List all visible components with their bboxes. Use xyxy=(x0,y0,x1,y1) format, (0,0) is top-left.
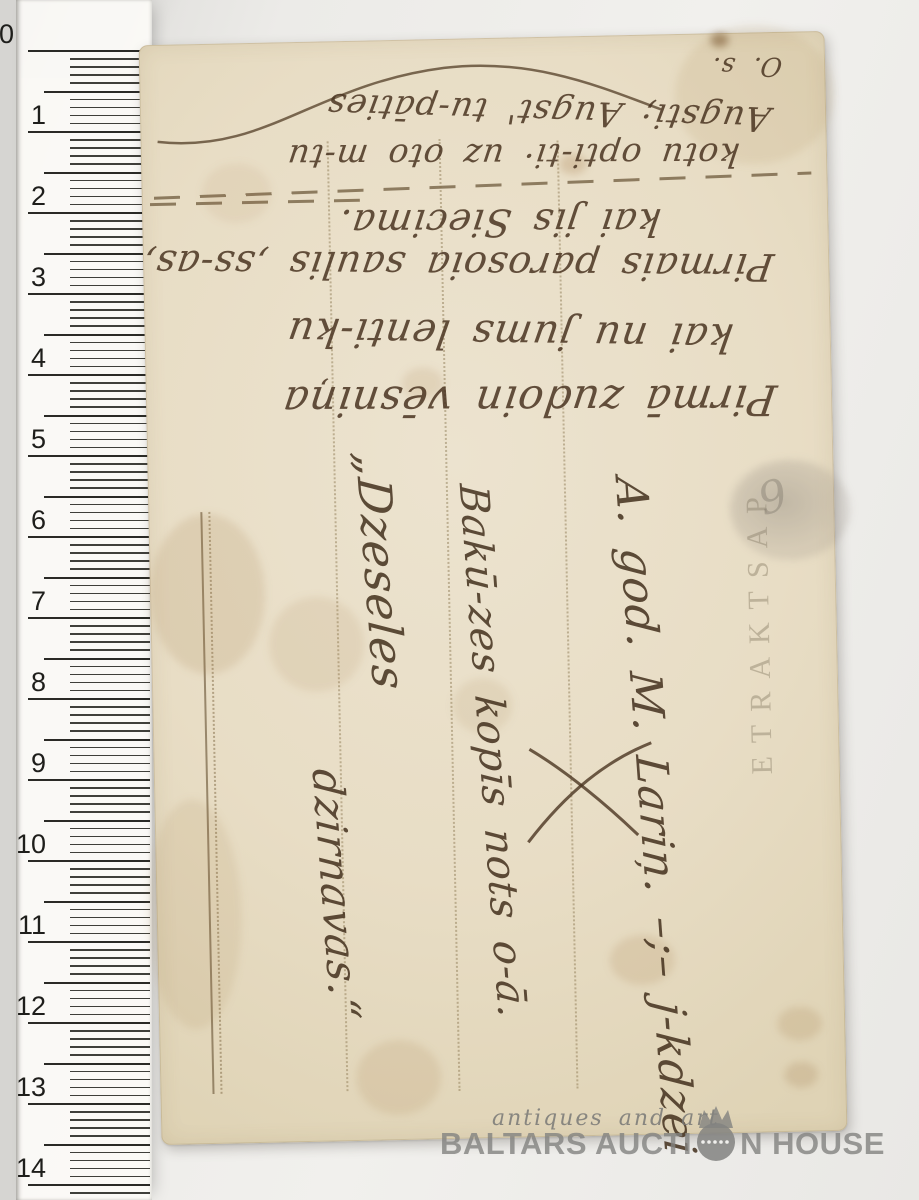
ruler-mm-tick xyxy=(70,706,150,708)
ruler-mm-tick xyxy=(70,1006,150,1008)
ruler-number-label: 1 xyxy=(0,102,46,129)
ruler-mm-tick xyxy=(70,155,150,157)
ruler-mm-tick xyxy=(70,220,150,222)
ruler-mm-tick xyxy=(70,933,150,935)
ruler-mm-tick xyxy=(70,925,150,927)
ruler-mm-tick xyxy=(70,261,150,263)
crown-circle-logo-icon xyxy=(695,1104,737,1162)
ruler-number-label: 13 xyxy=(0,1074,46,1101)
ruler-number-label: 6 xyxy=(0,507,46,534)
ruler-mm-tick xyxy=(70,755,150,757)
ruler-half-cm-tick xyxy=(44,1144,150,1146)
ruler-mm-tick xyxy=(70,803,150,805)
ruler-mm-tick xyxy=(70,342,150,344)
ruler-mm-tick xyxy=(70,690,150,692)
ruler-mm-tick xyxy=(70,828,150,830)
ruler-mm-tick xyxy=(70,398,150,400)
ruler-mm-tick xyxy=(70,1095,150,1097)
ruler-mm-tick xyxy=(70,1160,150,1162)
handwritten-line-inverted: Pirmā zudoin vēsniņa xyxy=(143,376,780,427)
ruler-cm-tick xyxy=(28,941,150,943)
ruler-mm-tick xyxy=(70,309,150,311)
ruler-half-cm-tick xyxy=(44,253,150,255)
ruler-cm-tick xyxy=(28,455,150,457)
ruler-mm-tick xyxy=(70,1168,150,1170)
ruler-mm-tick xyxy=(70,204,150,206)
ruler-number-label: 9 xyxy=(0,750,46,777)
ruler-mm-tick xyxy=(70,317,150,319)
ruler-mm-tick xyxy=(70,196,150,198)
ruler-mm-tick xyxy=(70,973,150,975)
ruler-mm-tick xyxy=(70,998,150,1000)
ruler-mm-tick xyxy=(70,236,150,238)
ruler-mm-tick xyxy=(70,244,150,246)
ruler-mm-tick xyxy=(70,504,150,506)
ruler-mm-tick xyxy=(70,965,150,967)
ruler-number-label: 4 xyxy=(0,345,46,372)
ruler-mm-tick xyxy=(70,123,150,125)
ruler-mm-tick xyxy=(70,787,150,789)
ruler-mm-tick xyxy=(70,1119,150,1121)
ruler-mm-tick xyxy=(70,512,150,514)
ruler-mm-tick xyxy=(70,325,150,327)
ruler-number-label: 10 xyxy=(0,831,46,858)
ruler-mm-tick xyxy=(70,560,150,562)
ruler-half-cm-tick xyxy=(44,172,150,174)
ruler-mm-tick xyxy=(70,147,150,149)
ruler-half-cm-tick xyxy=(44,334,150,336)
ruler-half-cm-tick xyxy=(44,91,150,93)
ruler-mm-tick xyxy=(70,439,150,441)
ruler-mm-tick xyxy=(70,463,150,465)
ruler-mm-tick xyxy=(70,649,150,651)
ruler-half-cm-tick xyxy=(44,577,150,579)
ruler-cm-tick xyxy=(28,1103,150,1105)
ruler-mm-tick xyxy=(70,1054,150,1056)
ruler-cm-tick xyxy=(28,50,150,52)
ruler-mm-tick xyxy=(70,277,150,279)
ruler-mm-tick xyxy=(70,568,150,570)
ruler-mm-tick xyxy=(70,431,150,433)
ruler-cm-tick xyxy=(28,536,150,538)
ruler-mm-tick xyxy=(70,730,150,732)
paper-stain xyxy=(784,1061,819,1088)
ruler-number-label: 5 xyxy=(0,426,46,453)
ruler-mm-tick xyxy=(70,350,150,352)
ruler-mm-tick xyxy=(70,1135,150,1137)
centimeter-ruler: 01234567891011121314 xyxy=(0,0,152,1200)
ruler-mm-tick xyxy=(70,544,150,546)
ruler-mm-tick xyxy=(70,423,150,425)
ruler-mm-tick xyxy=(70,447,150,449)
ruler-cm-tick xyxy=(28,374,150,376)
ruler-mm-tick xyxy=(70,852,150,854)
ruler-mm-tick xyxy=(70,909,150,911)
ruler-half-cm-tick xyxy=(44,496,150,498)
ruler-mm-tick xyxy=(70,593,150,595)
ruler-half-cm-tick xyxy=(44,820,150,822)
ruler-mm-tick xyxy=(70,763,150,765)
ruler-mm-tick xyxy=(70,390,150,392)
ruler-mm-tick xyxy=(70,358,150,360)
ruler-mm-tick xyxy=(70,641,150,643)
ruler-mm-tick xyxy=(70,795,150,797)
ruler-mm-tick xyxy=(70,722,150,724)
ruler-mm-tick xyxy=(70,1087,150,1089)
ruler-mm-tick xyxy=(70,633,150,635)
handwritten-line-inverted: kai nu jums lenti-ku xyxy=(189,307,736,360)
ruler-mm-tick xyxy=(70,139,150,141)
ruler-mm-tick xyxy=(70,82,150,84)
ruler-cm-tick xyxy=(28,131,150,133)
ruler-mm-tick xyxy=(70,107,150,109)
ruler-mm-tick xyxy=(70,666,150,668)
ruler-mm-tick xyxy=(70,1176,150,1178)
ruler-mm-tick xyxy=(70,1014,150,1016)
ruler-mm-tick xyxy=(70,884,150,886)
ruler-half-cm-tick xyxy=(44,415,150,417)
handwritten-line-inverted: O. s. xyxy=(660,51,784,81)
ruler-mm-tick xyxy=(70,609,150,611)
paper-stain xyxy=(777,1006,823,1041)
ruler-mm-tick xyxy=(70,1111,150,1113)
ruler-mm-tick xyxy=(70,520,150,522)
ruler-mm-tick xyxy=(70,844,150,846)
watermark-brand-prefix: BALTARS AUCTI xyxy=(440,1128,692,1162)
ruler-mm-tick xyxy=(70,747,150,749)
handwritten-line-inverted: kotu opti-ti· uz oto m-tu xyxy=(176,136,741,177)
ruler-mm-tick xyxy=(70,836,150,838)
ruler-mm-tick xyxy=(70,990,150,992)
ruler-mm-tick xyxy=(70,892,150,894)
ruler-mm-tick xyxy=(70,180,150,182)
ruler-number-label: 7 xyxy=(0,588,46,615)
ruler-mm-tick xyxy=(70,487,150,489)
ruler-mm-tick xyxy=(70,528,150,530)
ruler-mm-tick xyxy=(70,406,150,408)
ruler-mm-tick xyxy=(70,366,150,368)
ruler-mm-tick xyxy=(70,1152,150,1154)
ruler-mm-tick xyxy=(70,868,150,870)
ruler-mm-tick xyxy=(70,552,150,554)
ruler-number-label: 12 xyxy=(0,993,46,1020)
ruler-number-label: 0 xyxy=(0,21,14,48)
ruler-mm-tick xyxy=(70,674,150,676)
ruler-half-cm-tick xyxy=(44,1063,150,1065)
ruler-mm-tick xyxy=(70,771,150,773)
ruler-cm-tick xyxy=(28,1022,150,1024)
paper-stain xyxy=(268,596,365,693)
ruler-number-label: 14 xyxy=(0,1155,46,1182)
ruler-cm-tick xyxy=(28,698,150,700)
ruler-cm-tick xyxy=(28,293,150,295)
ruler-mm-tick xyxy=(70,811,150,813)
ruler-mm-tick xyxy=(70,479,150,481)
ruler-number-label: 2 xyxy=(0,183,46,210)
photo-stage: 01234567891011121314 ETRAKTSAP 6 O. s.Au… xyxy=(0,0,919,1200)
ruler-mm-tick xyxy=(70,625,150,627)
handwritten-line-inverted: kai jis Siecima. xyxy=(237,200,663,245)
ruler-mm-tick xyxy=(70,99,150,101)
ruler-mm-tick xyxy=(70,74,150,76)
ruler-cm-tick xyxy=(28,617,150,619)
ruler-mm-tick xyxy=(70,1046,150,1048)
ruler-cm-tick xyxy=(28,779,150,781)
ruler-mm-tick xyxy=(70,471,150,473)
ruler-mm-tick xyxy=(70,269,150,271)
ruler-number-label: 11 xyxy=(0,912,46,939)
ruler-half-cm-tick xyxy=(44,739,150,741)
ruler-half-cm-tick xyxy=(44,982,150,984)
ruler-cm-tick xyxy=(28,1184,150,1186)
postcard-back: ETRAKTSAP 6 O. s.Augsti; Augst' tu-pātie… xyxy=(139,31,848,1145)
ruler-number-label: 3 xyxy=(0,264,46,291)
ruler-mm-tick xyxy=(70,1071,150,1073)
ruler-mm-tick xyxy=(70,949,150,951)
paper-stain xyxy=(148,513,266,675)
ruler-mm-tick xyxy=(70,301,150,303)
ruler-mm-tick xyxy=(70,1030,150,1032)
ruler-mm-tick xyxy=(70,1079,150,1081)
ruler-mm-tick xyxy=(70,163,150,165)
ruler-mm-tick xyxy=(70,601,150,603)
ruler-mm-tick xyxy=(70,382,150,384)
handwritten-address-column: dzirnavas.“ xyxy=(302,768,376,1100)
ruler-mm-tick xyxy=(70,228,150,230)
ruler-mm-tick xyxy=(70,115,150,117)
ruler-mm-tick xyxy=(70,585,150,587)
ruler-mm-tick xyxy=(70,917,150,919)
ruler-mm-tick xyxy=(70,876,150,878)
ruler-cm-tick xyxy=(28,860,150,862)
ruler-mm-tick xyxy=(70,1038,150,1040)
ruler-mm-tick xyxy=(70,957,150,959)
ruler-half-cm-tick xyxy=(44,658,150,660)
ruler-mm-tick xyxy=(70,682,150,684)
handwritten-line-inverted: Pirmais parosoia saulis ,ss-as, xyxy=(150,242,776,289)
ruler-mm-tick xyxy=(70,188,150,190)
watermark-brand: BALTARS AUCTI N HOUSE xyxy=(440,1104,885,1162)
ruler-number-label: 8 xyxy=(0,669,46,696)
ruler-half-cm-tick xyxy=(44,901,150,903)
ruler-mm-tick xyxy=(70,1192,150,1194)
paper-stain xyxy=(144,798,244,1030)
ruler-mm-tick xyxy=(70,714,150,716)
ruler-cm-tick xyxy=(28,212,150,214)
ruler-mm-tick xyxy=(70,1127,150,1129)
watermark-brand-suffix: N HOUSE xyxy=(740,1128,885,1162)
